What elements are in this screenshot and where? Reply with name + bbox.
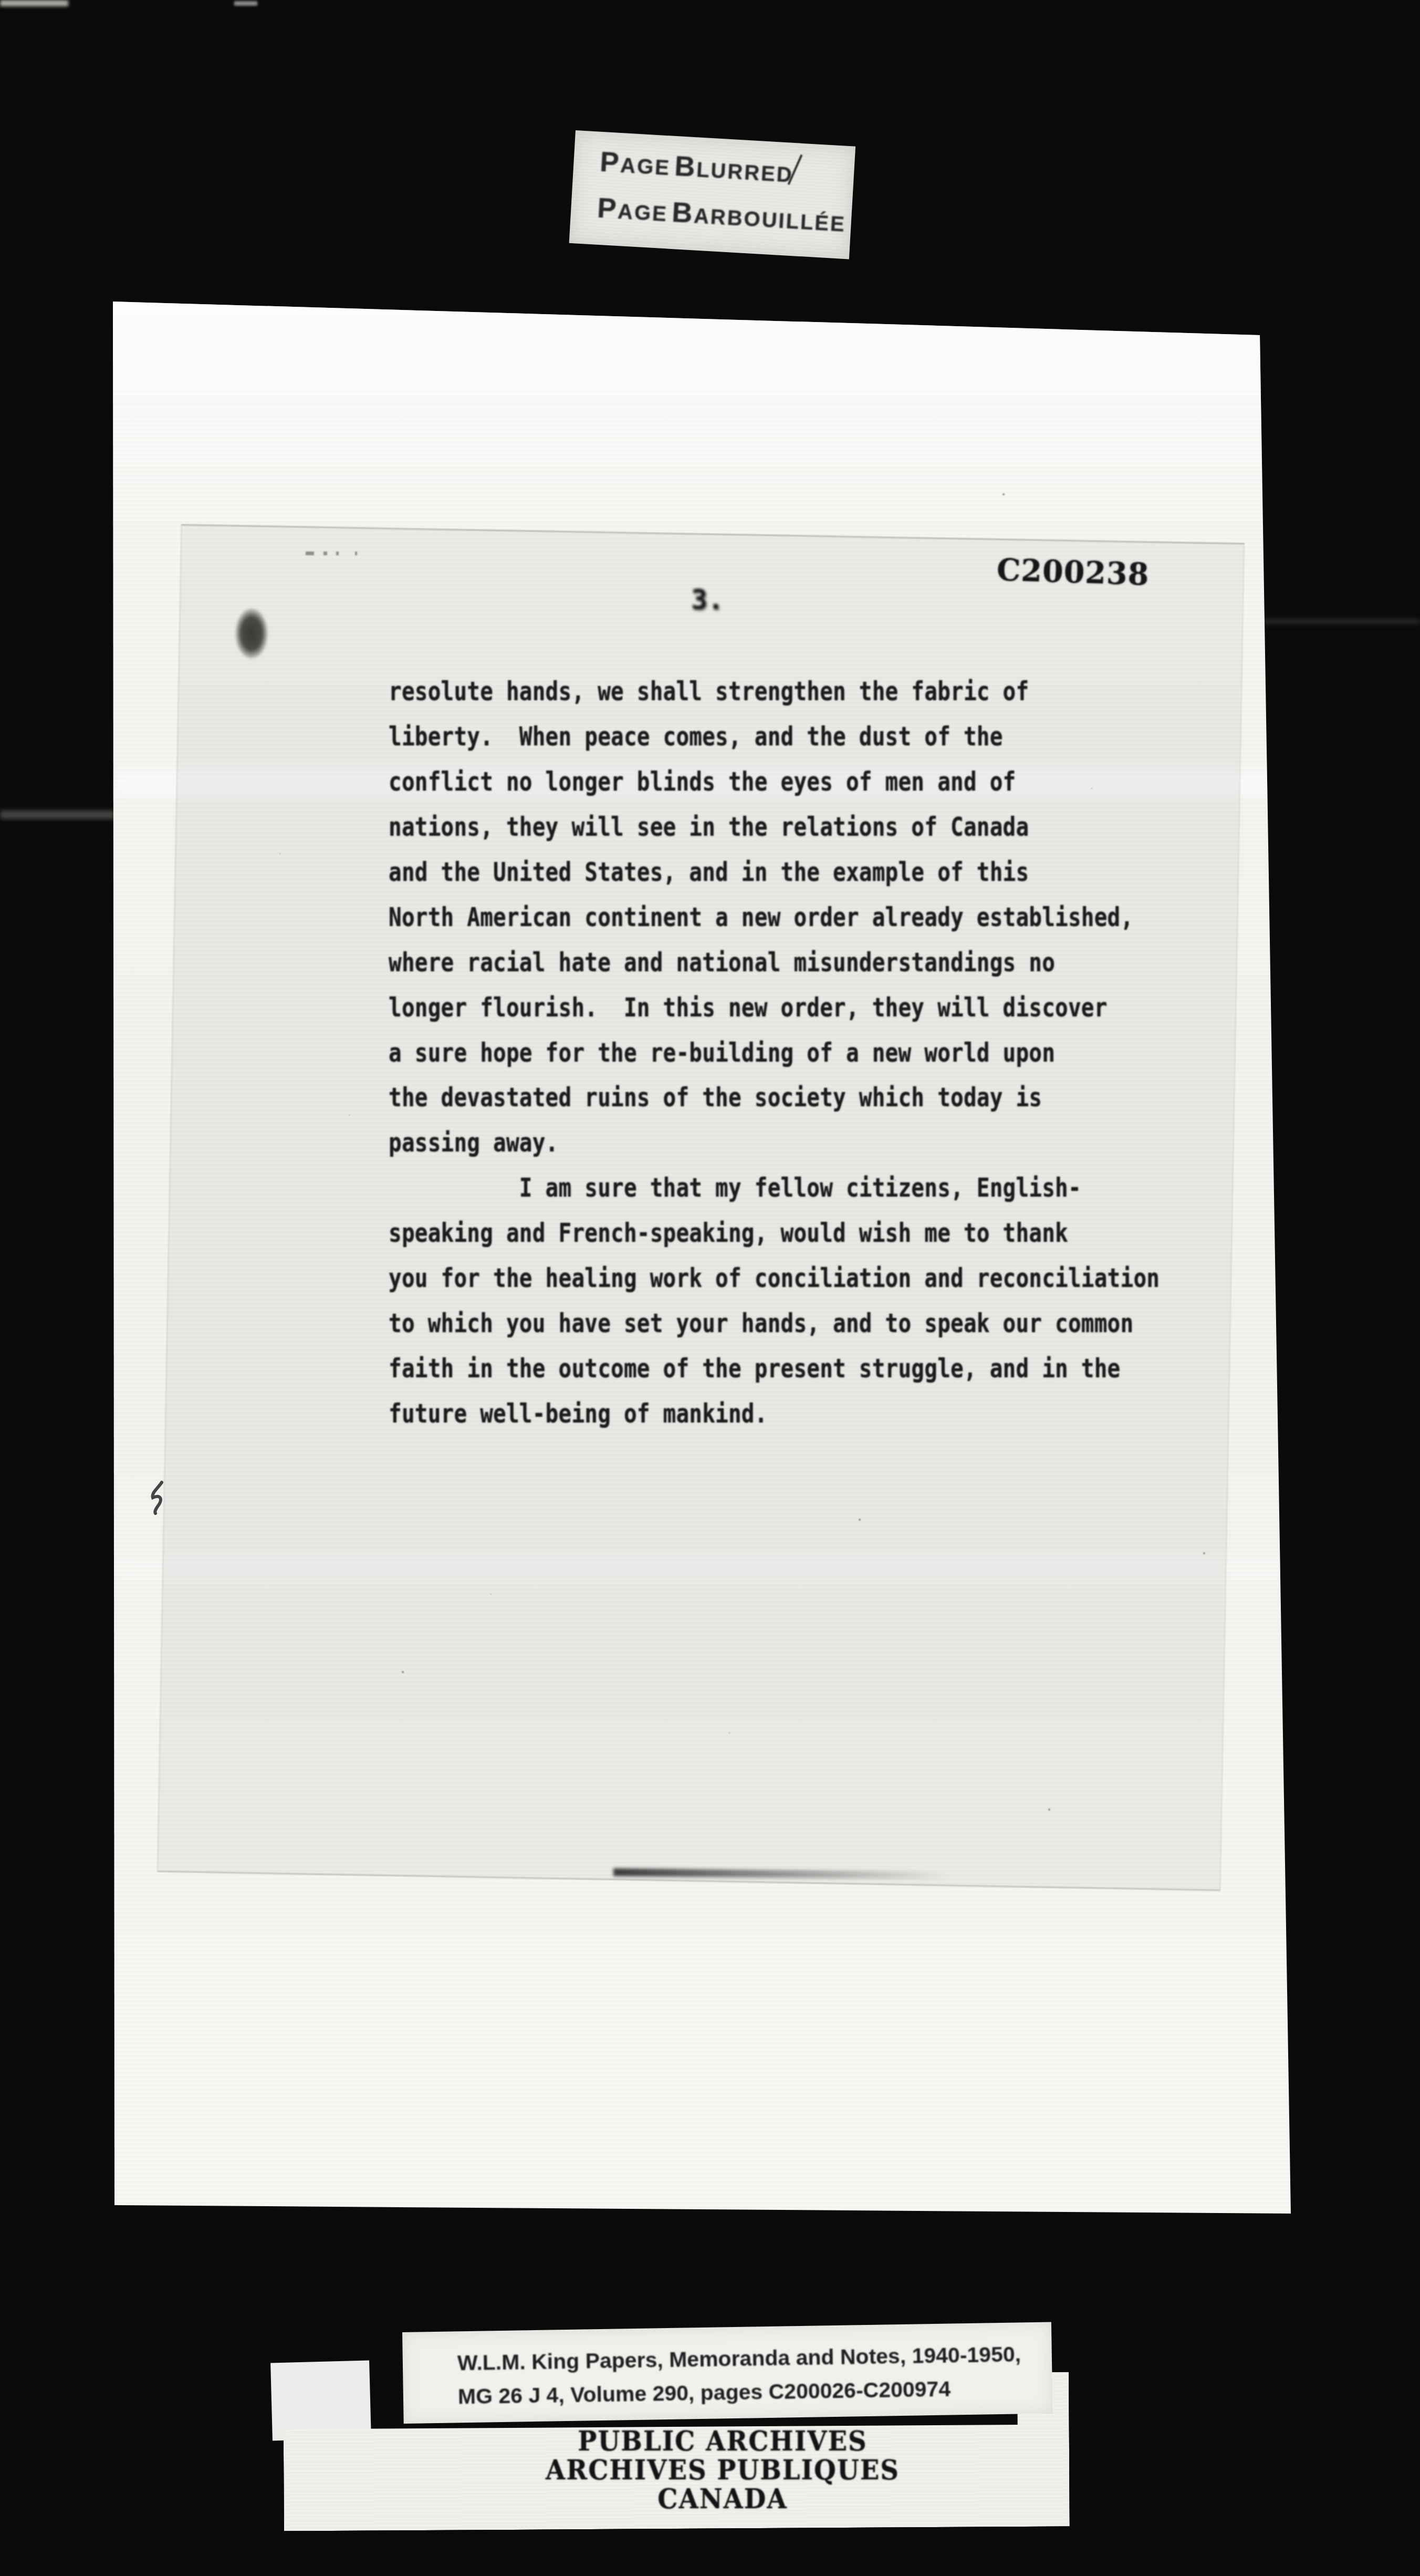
typed-line: future well-being of mankind.	[389, 1391, 1160, 1437]
typed-line: conflict no longer blinds the eyes of me…	[389, 760, 1160, 805]
typed-line: the devastated ruins of the society whic…	[389, 1075, 1160, 1120]
scan-streak-left	[0, 811, 114, 819]
typed-line: a sure hope for the re-building of a new…	[389, 1030, 1160, 1075]
typed-body: resolute hands, we shall strengthen the …	[389, 669, 1160, 1436]
reference-label: W.L.M. King Papers, Memoranda and Notes,…	[402, 2322, 1053, 2424]
typed-line: passing away.	[389, 1120, 1160, 1166]
scan-artifact-sliver	[0, 0, 68, 6]
typed-line: and the United States, and in the exampl…	[389, 850, 1160, 895]
archives-stamp: PUBLIC ARCHIVESARCHIVES PUBLIQUESCANADA	[539, 2427, 906, 2513]
page-number: 3.	[691, 584, 724, 616]
archives-stamp-line: ARCHIVES PUBLIQUES	[539, 2456, 906, 2485]
typed-line: liberty. When peace comes, and the dust …	[389, 714, 1160, 760]
archives-stamp-line: PUBLIC ARCHIVES	[539, 2427, 906, 2456]
typed-line: resolute hands, we shall strengthen the …	[389, 669, 1160, 714]
typed-line: I am sure that my fellow citizens, Engli…	[389, 1166, 1160, 1211]
typed-line: speaking and French-speaking, would wish…	[389, 1211, 1160, 1256]
punch-hole	[235, 608, 268, 659]
archival-id-stamp: C200238	[996, 552, 1150, 592]
scan-artifact-dot	[234, 1, 257, 6]
typed-line: longer flourish. In this new order, they…	[389, 985, 1160, 1030]
scan-streak-right	[1260, 619, 1420, 624]
handwritten-check-mark	[145, 1480, 169, 1515]
pencil-marks	[306, 549, 379, 557]
reference-label-lines: W.L.M. King Papers, Memoranda and Notes,…	[457, 2338, 1021, 2414]
typed-line: nations, they will see in the relations …	[389, 805, 1160, 850]
typed-line: you for the healing work of conciliation…	[389, 1256, 1160, 1301]
scan-glare	[112, 298, 1291, 529]
paper-scrap	[270, 2361, 371, 2441]
blur-stamp-label: PAGE BLURREDPAGE BARBOUILLÉE	[569, 130, 855, 259]
archives-stamp-line: CANADA	[539, 2485, 906, 2513]
microfilm-scan: PAGE BLURREDPAGE BARBOUILLÉE C200238 3. …	[0, 0, 1420, 2576]
typed-line: where racial hate and national misunders…	[389, 940, 1160, 985]
dust-specks	[0, 0, 1, 1]
typed-line: to which you have set your hands, and to…	[389, 1301, 1160, 1346]
typed-line: faith in the outcome of the present stru…	[389, 1346, 1160, 1391]
typed-line: North American continent a new order alr…	[389, 895, 1160, 940]
blur-stamp-lines: PAGE BLURREDPAGE BARBOUILLÉE	[596, 146, 850, 252]
